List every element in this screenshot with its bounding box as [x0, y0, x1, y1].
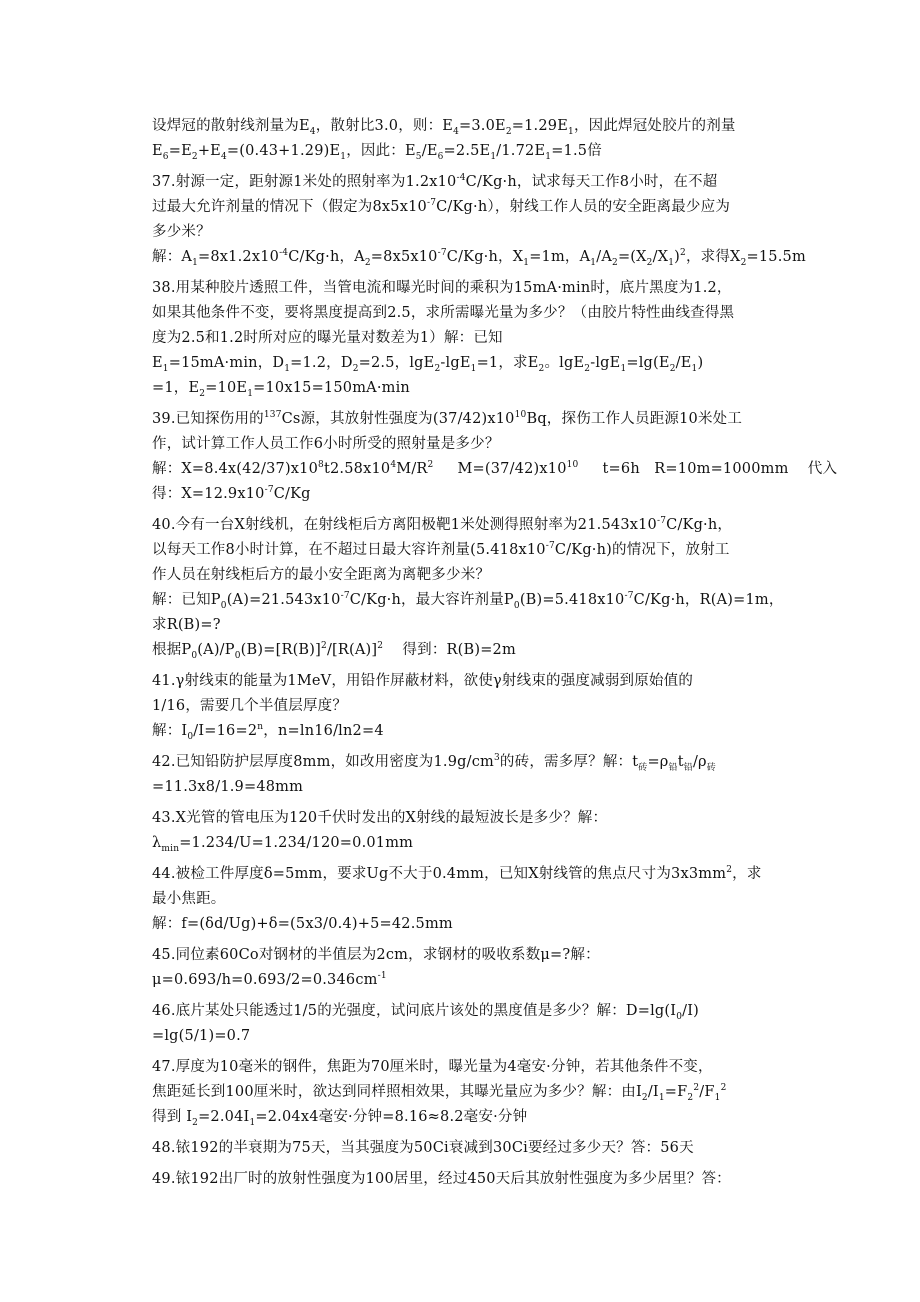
text-line: 根据P0(A)/P0(B)=[R(B)]2/[R(A)]2 得到：R(B)=2m	[152, 638, 772, 663]
text-line: 焦距延长到100厘米时，欲达到同样照相效果，其曝光量应为多少？解：由I2/I1=…	[152, 1080, 772, 1105]
text-line: 最小焦距。	[152, 887, 772, 912]
text-line: 42.已知铅防护层厚度8mm，如改用密度为1.9g/cm3的砖，需多厚？解：t砖…	[152, 750, 772, 775]
text-line: =lg(5/1)=0.7	[152, 1024, 772, 1049]
text-line: 得到 I2=2.04I1=2.04x4毫安·分钟=8.16≈8.2毫安·分钟	[152, 1105, 772, 1130]
text-line: 得：X=12.9x10-7C/Kg	[152, 482, 772, 507]
text-line: E1=15mA·min，D1=1.2，D2=2.5，lgE2-lgE1=1，求E…	[152, 351, 772, 376]
text-line: 43.X光管的管电压为120千伏时发出的X射线的最短波长是多少？解：	[152, 806, 772, 831]
paragraph-q49: 49.铱192出厂时的放射性强度为100居里，经过450天后其放射性强度为多少居…	[152, 1167, 772, 1192]
paragraph-p36-cont: 设焊冠的散射线剂量为E4，散射比3.0，则：E4=3.0E2=1.29E1，因此…	[152, 114, 772, 164]
text-line: 39.已知探伤用的137Cs源，其放射性强度为(37/42)x1010Bq，探伤…	[152, 407, 772, 432]
text-line: 46.底片某处只能透过1/5的光强度，试问底片该处的黑度值是多少？解：D=lg(…	[152, 999, 772, 1024]
paragraph-q48: 48.铱192的半衰期为75天，当其强度为50Ci衰减到30Ci要经过多少天？答…	[152, 1136, 772, 1161]
text-line: 度为2.5和1.2时所对应的曝光量对数差为1）解：已知	[152, 326, 772, 351]
paragraph-q39: 39.已知探伤用的137Cs源，其放射性强度为(37/42)x1010Bq，探伤…	[152, 407, 772, 507]
paragraph-q44: 44.被检工件厚度δ=5mm，要求Ug不大于0.4mm，已知X射线管的焦点尺寸为…	[152, 862, 772, 937]
text-line: =11.3x8/1.9=48mm	[152, 775, 772, 800]
text-line: 解：I0/I=16=2n，n=ln16/ln2=4	[152, 719, 772, 744]
text-line: 解：f=(δd/Ug)+δ=(5x3/0.4)+5=42.5mm	[152, 912, 772, 937]
text-line: =1，E2=10E1=10x15=150mA·min	[152, 376, 772, 401]
text-line: 49.铱192出厂时的放射性强度为100居里，经过450天后其放射性强度为多少居…	[152, 1167, 772, 1192]
paragraph-q40: 40.今有一台X射线机，在射线柜后方离阳极靶1米处测得照射率为21.543x10…	[152, 513, 772, 663]
text-line: 40.今有一台X射线机，在射线柜后方离阳极靶1米处测得照射率为21.543x10…	[152, 513, 772, 538]
text-line: 48.铱192的半衰期为75天，当其强度为50Ci衰减到30Ci要经过多少天？答…	[152, 1136, 772, 1161]
paragraph-q37: 37.射源一定，距射源1米处的照射率为1.2x10-4C/Kg·h，试求每天工作…	[152, 170, 772, 270]
text-line: 以每天工作8小时计算，在不超过日最大容许剂量(5.418x10-7C/Kg·h)…	[152, 538, 772, 563]
text-line: 解：已知P0(A)=21.543x10-7C/Kg·h，最大容许剂量P0(B)=…	[152, 588, 772, 613]
text-line: μ=0.693/h=0.693/2=0.346cm-1	[152, 968, 772, 993]
paragraph-q43: 43.X光管的管电压为120千伏时发出的X射线的最短波长是多少？解：λmin=1…	[152, 806, 772, 856]
text-line: 1/16，需要几个半值层厚度？	[152, 694, 772, 719]
paragraph-q47: 47.厚度为10毫米的钢件，焦距为70厘米时，曝光量为4毫安·分钟，若其他条件不…	[152, 1055, 772, 1130]
text-line: λmin=1.234/U=1.234/120=0.01mm	[152, 831, 772, 856]
text-line: 作，试计算工作人员工作6小时所受的照射量是多少？	[152, 432, 772, 457]
text-line: 41.γ射线束的能量为1MeV，用铅作屏蔽材料，欲使γ射线束的强度减弱到原始值的	[152, 669, 772, 694]
paragraph-q46: 46.底片某处只能透过1/5的光强度，试问底片该处的黑度值是多少？解：D=lg(…	[152, 999, 772, 1049]
text-line: 解：A1=8x1.2x10-4C/Kg·h，A2=8x5x10-7C/Kg·h，…	[152, 245, 772, 270]
text-line: 如果其他条件不变，要将黑度提高到2.5，求所需曝光量为多少？（由胶片特性曲线查得…	[152, 301, 772, 326]
text-line: 设焊冠的散射线剂量为E4，散射比3.0，则：E4=3.0E2=1.29E1，因此…	[152, 114, 772, 139]
text-line: 解：X=8.4x(42/37)x108t2.58x104M/R2 M=(37/4…	[152, 457, 772, 482]
text-line: 47.厚度为10毫米的钢件，焦距为70厘米时，曝光量为4毫安·分钟，若其他条件不…	[152, 1055, 772, 1080]
text-line: 38.用某种胶片透照工件，当管电流和曝光时间的乘积为15mA·min时，底片黑度…	[152, 276, 772, 301]
paragraph-q38: 38.用某种胶片透照工件，当管电流和曝光时间的乘积为15mA·min时，底片黑度…	[152, 276, 772, 401]
text-line: 求R(B)=?	[152, 613, 772, 638]
text-line: 44.被检工件厚度δ=5mm，要求Ug不大于0.4mm，已知X射线管的焦点尺寸为…	[152, 862, 772, 887]
paragraph-q45: 45.同位素60Co对钢材的半值层为2cm，求钢材的吸收系数μ=?解：μ=0.6…	[152, 943, 772, 993]
text-line: 多少米？	[152, 220, 772, 245]
text-line: 45.同位素60Co对钢材的半值层为2cm，求钢材的吸收系数μ=?解：	[152, 943, 772, 968]
document-page: 设焊冠的散射线剂量为E4，散射比3.0，则：E4=3.0E2=1.29E1，因此…	[152, 114, 772, 1198]
text-line: E6=E2+E4=(0.43+1.29)E1，因此：E5/E6=2.5E1/1.…	[152, 139, 772, 164]
paragraph-q42: 42.已知铅防护层厚度8mm，如改用密度为1.9g/cm3的砖，需多厚？解：t砖…	[152, 750, 772, 800]
text-line: 37.射源一定，距射源1米处的照射率为1.2x10-4C/Kg·h，试求每天工作…	[152, 170, 772, 195]
text-line: 作人员在射线柜后方的最小安全距离为离靶多少米？	[152, 563, 772, 588]
text-line: 过最大允许剂量的情况下（假定为8x5x10-7C/Kg·h），射线工作人员的安全…	[152, 195, 772, 220]
paragraph-q41: 41.γ射线束的能量为1MeV，用铅作屏蔽材料，欲使γ射线束的强度减弱到原始值的…	[152, 669, 772, 744]
